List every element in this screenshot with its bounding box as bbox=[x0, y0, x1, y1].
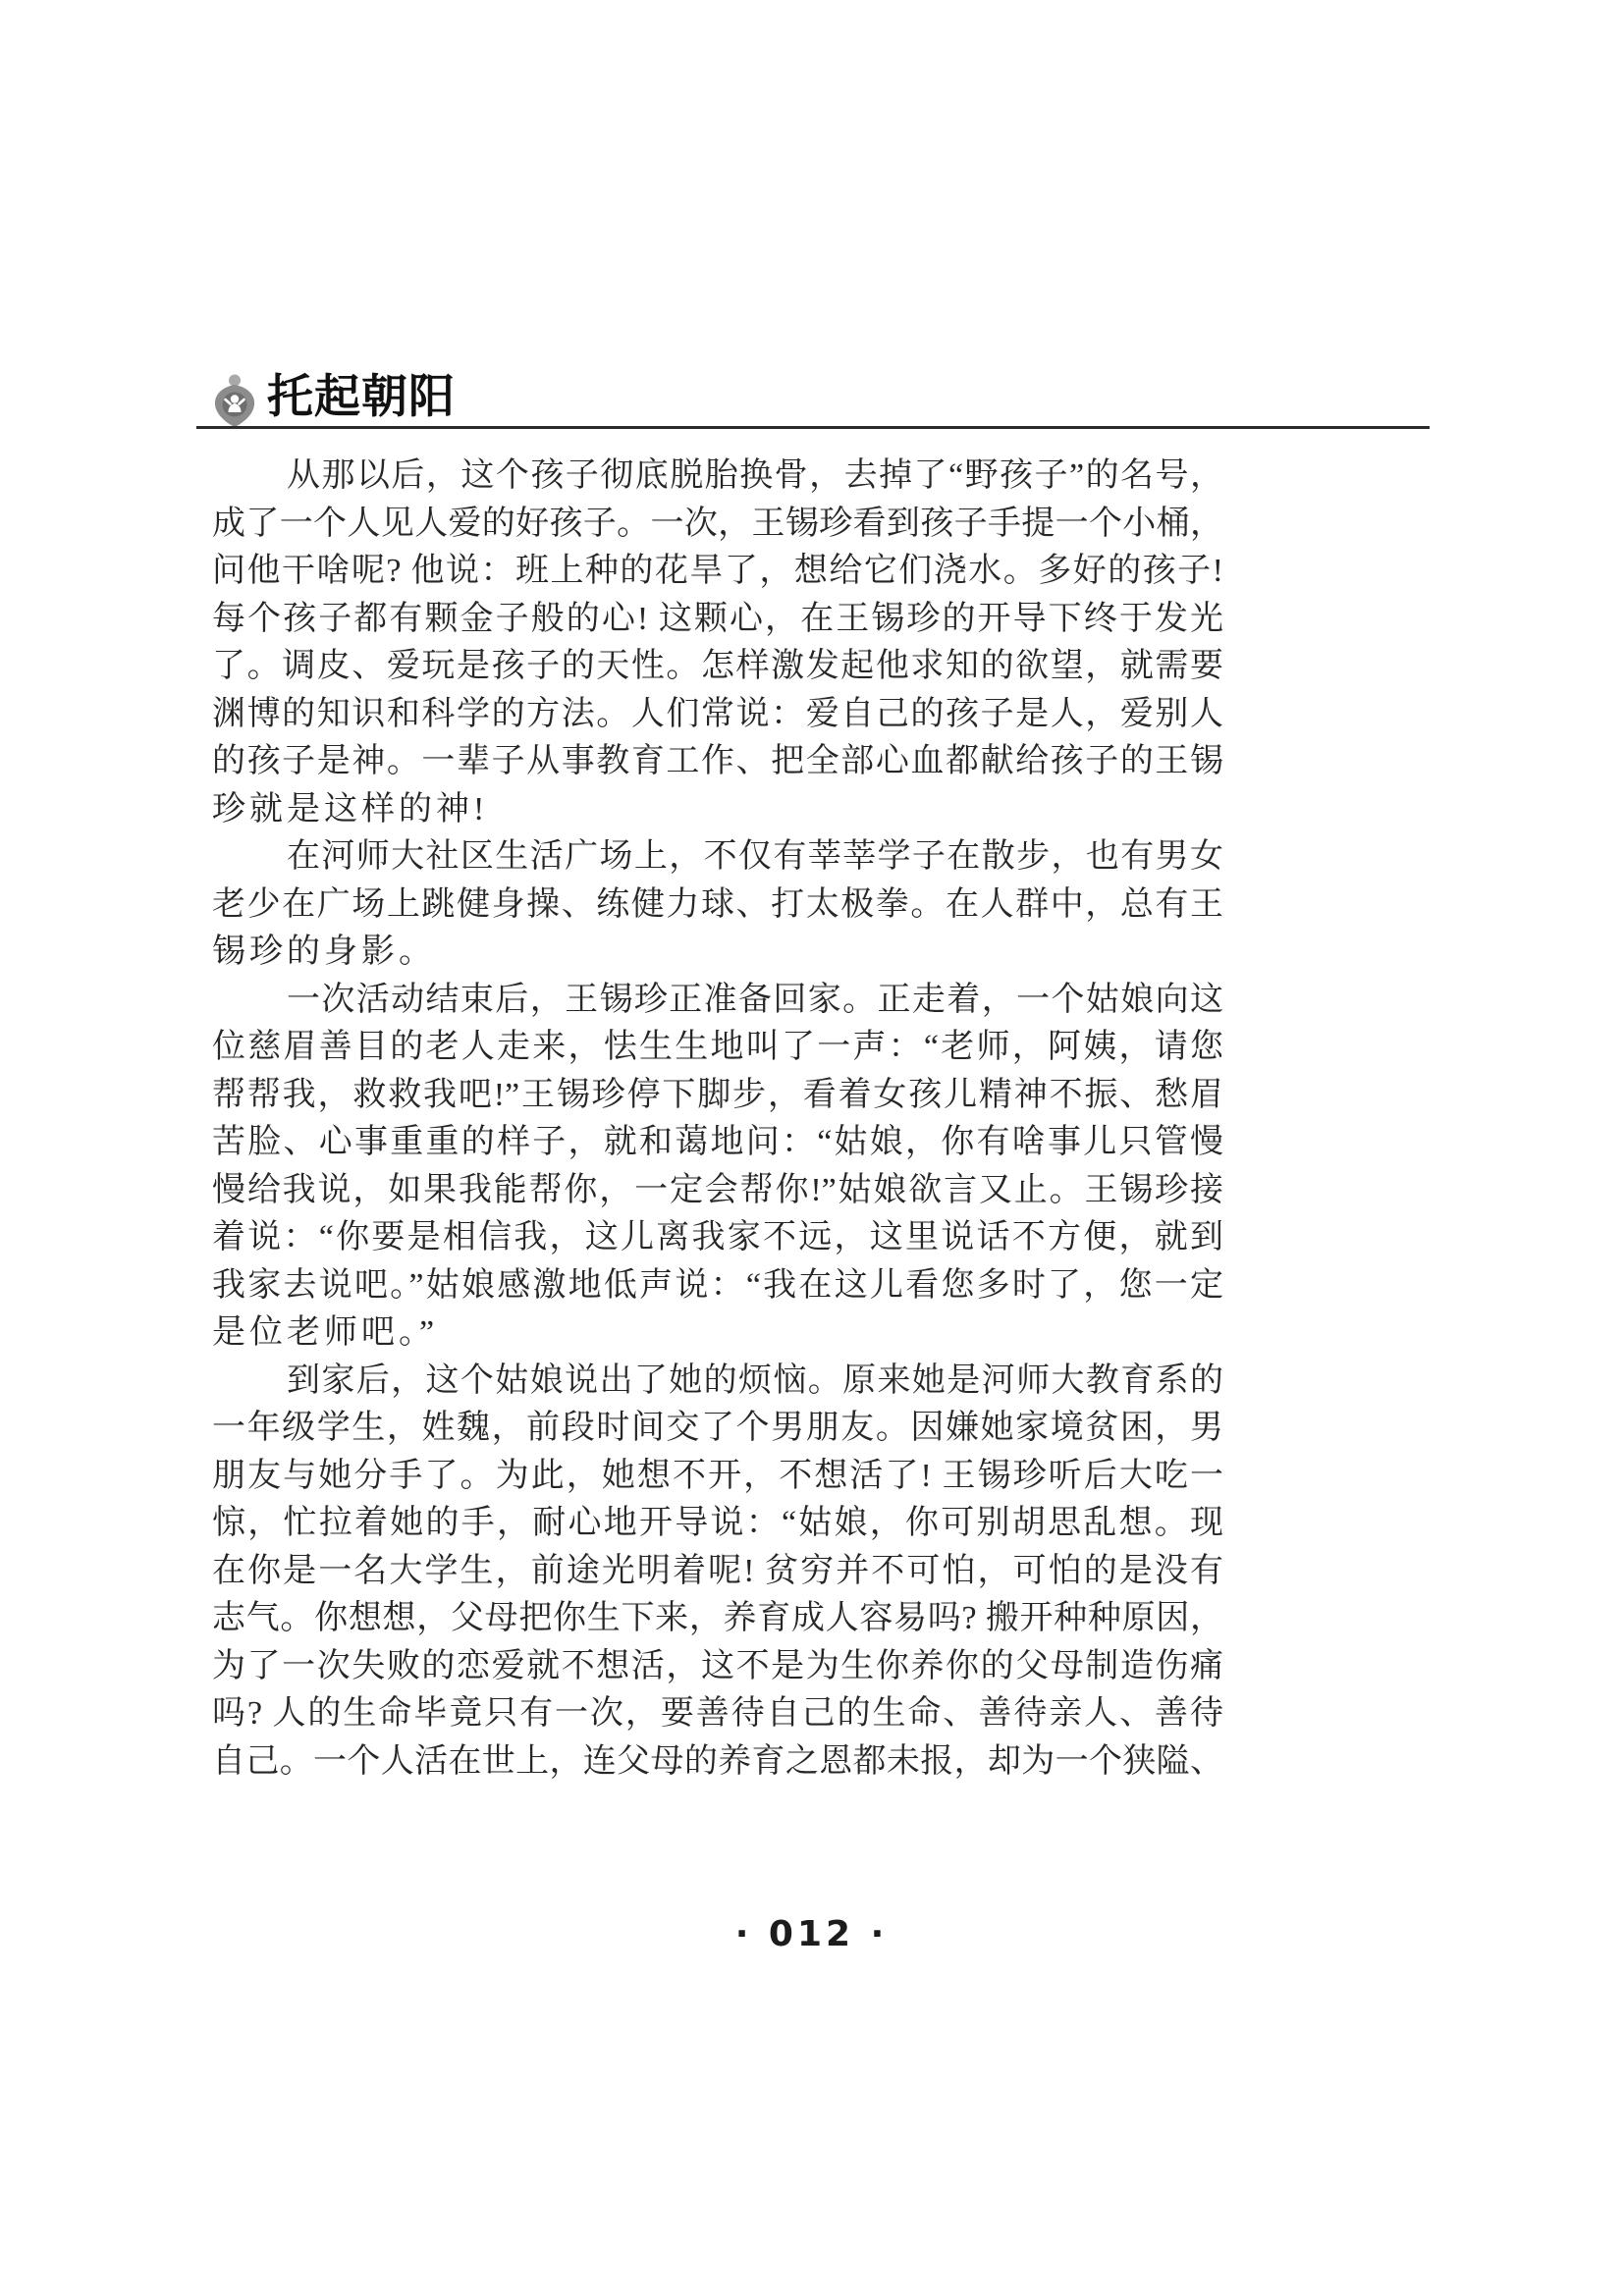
text-line: 在你是一名大学生，前途光明着呢! 贫穷并不可怕，可怕的是没有 bbox=[212, 1548, 1223, 1596]
text-line: 着说：“你要是相信我，这儿离我家不远，这里说话不方便，就到 bbox=[212, 1214, 1223, 1262]
text-line: 在河师大社区生活广场上，不仅有莘莘学子在散步，也有男女 bbox=[212, 833, 1223, 881]
text-line: 老少在广场上跳健身操、练健力球、打太极拳。在人群中，总有王 bbox=[212, 881, 1223, 930]
text-line: 的孩子是神。一辈子从事教育工作、把全部心血都献给孩子的王锡 bbox=[212, 738, 1223, 786]
running-head-title: 托起朝阳 bbox=[267, 371, 456, 424]
page-header: 托起朝阳 bbox=[210, 371, 456, 428]
text-line: 珍就是这样的神! bbox=[212, 786, 1223, 834]
text-line: 惊，忙拉着她的手，耐心地开导说：“姑娘，你可别胡思乱想。现 bbox=[212, 1500, 1223, 1548]
text-line: 是位老师吧。” bbox=[212, 1309, 1223, 1358]
text-line: 自己。一个人活在世上，连父母的养育之恩都未报，却为一个狭隘、 bbox=[212, 1738, 1223, 1787]
text-line: 志气。你想想，父母把你生下来，养育成人容易吗? 搬开种种原因， bbox=[212, 1595, 1223, 1643]
text-line: 从那以后，这个孩子彻底脱胎换骨，去掉了“野孩子”的名号， bbox=[212, 453, 1223, 501]
text-line: 渊博的知识和科学的方法。人们常说：爱自己的孩子是人，爱别人 bbox=[212, 691, 1223, 739]
text-line: 一年级学生，姓魏，前段时间交了个男朋友。因嫌她家境贫困，男 bbox=[212, 1405, 1223, 1453]
text-line: 位慈眉善目的老人走来，怯生生地叫了一声：“老师，阿姨，请您 bbox=[212, 1024, 1223, 1072]
text-line: 吗? 人的生命毕竟只有一次，要善待自己的生命、善待亲人、善待 bbox=[212, 1690, 1223, 1738]
text-line: 问他干啥呢? 他说：班上种的花旱了，想给它们浇水。多好的孩子! bbox=[212, 548, 1223, 596]
text-line: 一次活动结束后，王锡珍正准备回家。正走着，一个姑娘向这 bbox=[212, 977, 1223, 1025]
text-line: 每个孩子都有颗金子般的心! 这颗心，在王锡珍的开导下终于发光 bbox=[212, 596, 1223, 644]
text-line: 朋友与她分手了。为此，她想不开，不想活了! 王锡珍听后大吃一 bbox=[212, 1453, 1223, 1501]
text-line: 到家后，这个姑娘说出了她的烦恼。原来她是河师大教育系的 bbox=[212, 1358, 1223, 1406]
text-line: 苦脸、心事重重的样子，就和蔼地问：“姑娘，你有啥事儿只管慢 bbox=[212, 1119, 1223, 1167]
header-divider bbox=[196, 426, 1430, 429]
text-line: 成了一个人见人爱的好孩子。一次，王锡珍看到孩子手提一个小桶， bbox=[212, 501, 1223, 549]
text-line: 我家去说吧。”姑娘感激地低声说：“我在这儿看您多时了，您一定 bbox=[212, 1262, 1223, 1310]
text-line: 了。调皮、爱玩是孩子的天性。怎样激发起他求知的欲望，就需要 bbox=[212, 643, 1223, 691]
body-text: 从那以后，这个孩子彻底脱胎换骨，去掉了“野孩子”的名号，成了一个人见人爱的好孩子… bbox=[212, 453, 1223, 1786]
page-footer: · 012 · bbox=[0, 1914, 1623, 1954]
book-page: 托起朝阳 从那以后，这个孩子彻底脱胎换骨，去掉了“野孩子”的名号，成了一个人见人… bbox=[0, 0, 1623, 2296]
text-line: 为了一次失败的恋爱就不想活，这不是为生你养你的父母制造伤痛 bbox=[212, 1643, 1223, 1691]
page-number: · 012 · bbox=[735, 1914, 889, 1954]
text-line: 慢给我说，如果我能帮你，一定会帮你!”姑娘欲言又止。王锡珍接 bbox=[212, 1167, 1223, 1215]
adult-embracing-child-logo-icon bbox=[210, 373, 259, 428]
text-line: 帮帮我，救救我吧!”王锡珍停下脚步，看着女孩儿精神不振、愁眉 bbox=[212, 1072, 1223, 1120]
text-line: 锡珍的身影。 bbox=[212, 929, 1223, 977]
